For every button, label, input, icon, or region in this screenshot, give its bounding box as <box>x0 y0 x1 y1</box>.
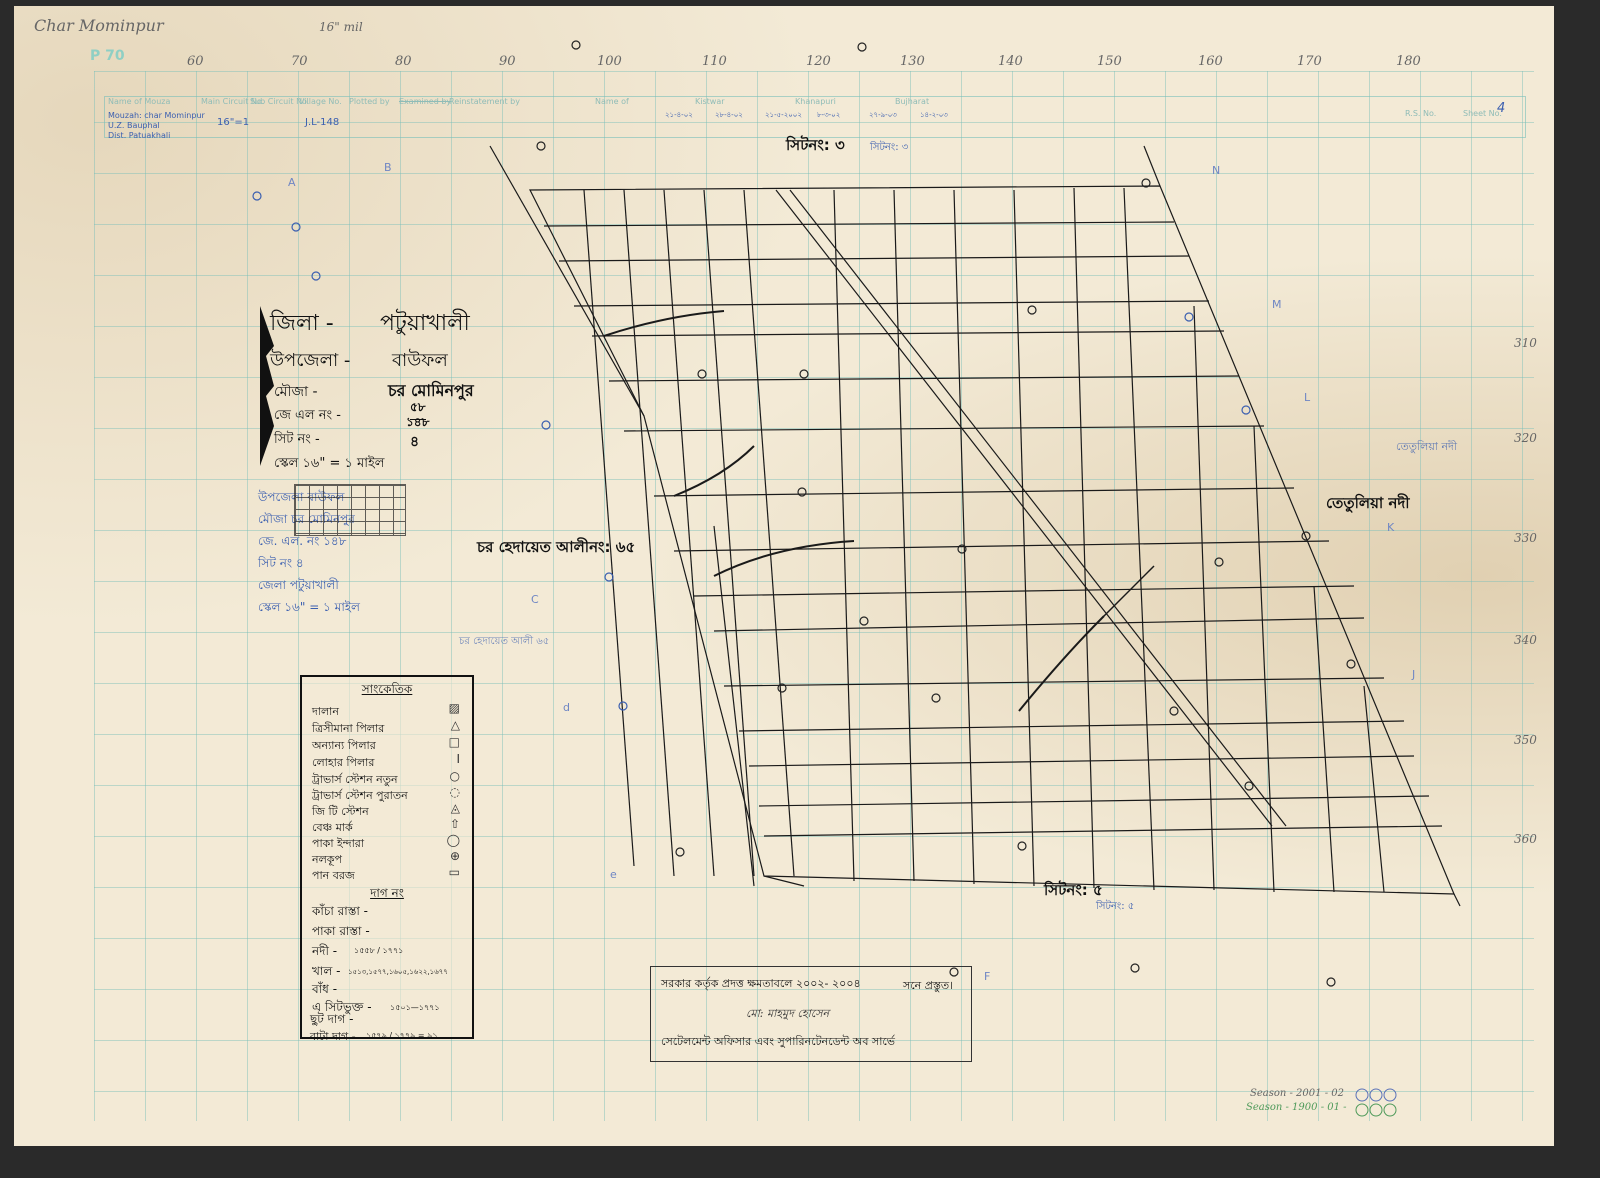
building-icon: ▨ <box>449 701 460 715</box>
svg-text:e: e <box>610 868 617 881</box>
svg-text:d: d <box>563 701 570 714</box>
dag-value: ১৫১৩,১৫৭৭,১৬০৫,১৬২২,১৬৭৭ <box>348 966 448 978</box>
legend-item: পান বরজ <box>312 867 355 886</box>
sheet-label: সিট নং - <box>274 430 320 451</box>
mouza-value: চর মোমিনপুর <box>388 378 474 405</box>
svg-text:A: A <box>288 176 296 189</box>
tubewell-icon: ⊕ <box>450 849 460 863</box>
south-sheet-label: সিটনং: ৫ <box>1044 879 1103 904</box>
traverse-station-old-icon: ◌ <box>450 785 460 799</box>
sheet-value: ৪ <box>410 430 419 454</box>
svg-text:N: N <box>1212 164 1220 177</box>
district-label: জিলা - <box>270 306 334 343</box>
bench-mark-icon: ⇧ <box>450 817 460 831</box>
season-stamps <box>1354 1086 1404 1124</box>
dag-value: ১৫৫৮ / ১৭৭১ <box>354 945 403 958</box>
gt-station-icon: ◬ <box>451 801 460 815</box>
iron-pillar-icon: I <box>456 752 460 766</box>
dag-item: নদী - <box>312 943 337 963</box>
svg-text:L: L <box>1304 391 1311 404</box>
dag-item: পাকা রাস্তা - <box>312 923 370 943</box>
upazila-label: উপজেলা - <box>270 346 350 377</box>
diagonal-scale <box>294 484 406 536</box>
north-sheet-pen: সিটনং: ৩ <box>870 140 908 157</box>
dag-item: কাঁচা রাস্তা - <box>312 903 368 923</box>
traverse-station-new-icon: ○ <box>450 769 460 783</box>
map-sheet: Char Mominpur 16" mil P 70 60 70 80 90 1… <box>14 6 1554 1146</box>
cert-line1-end: সনে প্রস্তুত। <box>903 977 953 996</box>
betel-garden-icon: ▭ <box>449 865 460 879</box>
pucca-well-icon: ◯ <box>447 833 460 847</box>
dag-item: খাল - <box>312 963 340 983</box>
svg-text:M: M <box>1272 298 1282 311</box>
other-pillar-icon: □ <box>449 735 460 749</box>
svg-text:F: F <box>984 970 990 983</box>
signature: মো: মাহমুদ হোসেন <box>746 1005 829 1024</box>
bata-dag-value: ১৫৭৯ / ১৭৭৯ = ৯১ <box>366 1030 438 1043</box>
legend-box: সাংকেতিক দালান ▨ ত্রিসীমানা পিলার △ অন্য… <box>300 675 474 1039</box>
jl-label: জে এল নং - <box>274 406 341 427</box>
season-1: Season - 2001 - 02 <box>1250 1088 1344 1099</box>
bata-dag-label: বাটা দাগ - <box>310 1028 356 1047</box>
mouza-boundary <box>530 186 1454 894</box>
dag-title: দাগ নং <box>302 885 472 905</box>
handwritten-line: স্কেল ১৬" = ১ মাইল <box>258 596 360 618</box>
north-sheet-label: সিটনং: ৩ <box>786 134 845 159</box>
handwritten-line: জেলা পটুয়াখালী <box>258 574 360 596</box>
svg-text:B: B <box>384 161 392 174</box>
scale-label: স্কেল ১৬" = ১ মাইল <box>274 454 385 475</box>
legend-title: সাংকেতিক <box>302 681 472 701</box>
district-value: পটুয়াখালী <box>380 306 470 343</box>
svg-text:C: C <box>531 593 539 606</box>
upazila-value: বাউফল <box>392 346 448 377</box>
season-2: Season - 1900 - 01 - <box>1246 1102 1347 1113</box>
handwritten-line: সিট নং ৪ <box>258 552 360 574</box>
dag-item: বাঁধ - <box>312 981 337 1001</box>
dag-value: ১৫০১—১৭৭১ <box>390 1002 440 1015</box>
south-sheet-pen: সিটনং: ৫ <box>1096 899 1134 916</box>
river-label: তেতুলিয়া নদী <box>1326 492 1410 517</box>
tri-junction-pillar-icon: △ <box>451 718 460 732</box>
svg-text:J: J <box>1411 668 1415 681</box>
certificate-box: সরকার কর্তৃক প্রদত্ত ক্ষমতাবলে ২০০২- ২০০… <box>650 966 972 1062</box>
cert-line1: সরকার কর্তৃক প্রদত্ত ক্ষমতাবলে ২০০২- ২০০… <box>661 975 861 994</box>
west-neighbor-label: চর হেদায়েত আলীনং: ৬৫ <box>477 536 635 561</box>
river-pen-label: তেতুলিয়া নদী <box>1396 438 1457 457</box>
svg-text:K: K <box>1387 521 1395 534</box>
west-neighbor-pen: চর হেদায়েত আলী ৬৫ <box>459 634 549 651</box>
mouza-label: মৌজা - <box>274 380 318 404</box>
cert-line3: সেটেলমেন্ট অফিসার এবং সুপারিনটেনডেন্ট অব… <box>661 1033 895 1052</box>
